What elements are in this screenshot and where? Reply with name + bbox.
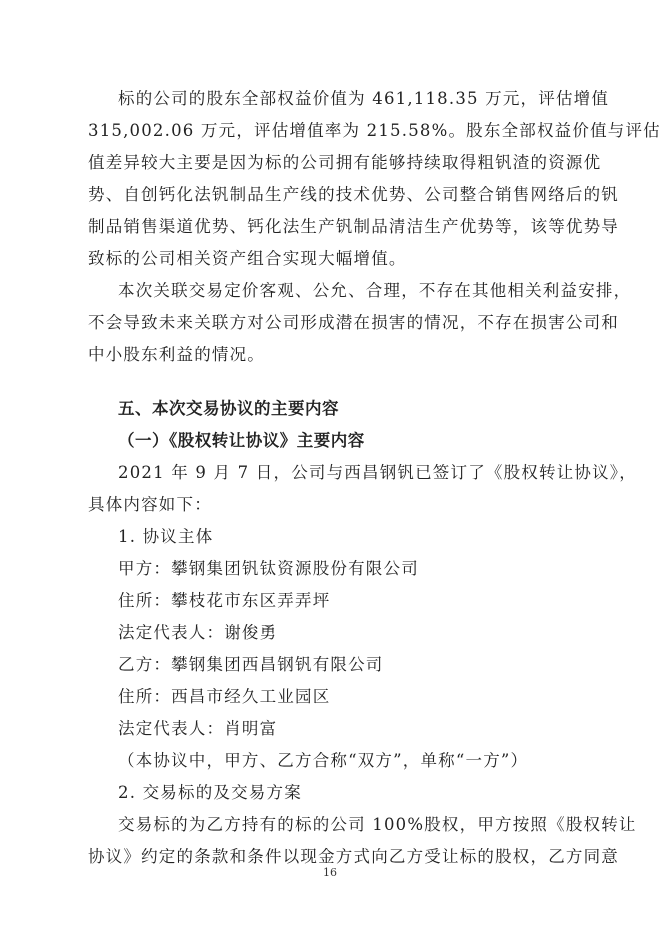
item-title: 2. 交易标的及交易方案 <box>118 782 608 804</box>
paragraph-line: 不会导致未来关联方对公司形成潜在损害的情况，不存在损害公司和 <box>88 312 580 334</box>
party-a: 甲方：攀钢集团钒钛资源股份有限公司 <box>118 558 608 580</box>
party-b-representative: 法定代表人：肖明富 <box>118 718 608 740</box>
parties-note: （本协议中，甲方、乙方合称“双方”，单称“一方”） <box>118 750 608 772</box>
subsection-heading: （一）《股权转让协议》主要内容 <box>118 430 608 452</box>
paragraph-line: 标的公司的股东全部权益价值为 461,118.35 万元，评估增值 <box>118 88 608 110</box>
paragraph-line: 协议》约定的条款和条件以现金方式向乙方受让标的股权，乙方同意 <box>88 846 580 868</box>
party-a-representative: 法定代表人：谢俊勇 <box>118 622 608 644</box>
party-b: 乙方：攀钢集团西昌钢钒有限公司 <box>118 654 608 676</box>
paragraph-line: 制品销售渠道优势、钙化法生产钒制品清洁生产优势等，该等优势导 <box>88 216 580 238</box>
intro-line: 具体内容如下： <box>88 494 578 516</box>
paragraph-line: 交易标的为乙方持有的标的公司 100%股权，甲方按照《股权转让 <box>118 814 608 836</box>
paragraph-line: 势、自创钙化法钒制品生产线的技术优势、公司整合销售网络后的钒 <box>88 184 580 206</box>
party-a-address: 住所：攀枝花市东区弄弄坪 <box>118 590 608 612</box>
section-heading: 五、本次交易协议的主要内容 <box>118 398 608 420</box>
document-page: 标的公司的股东全部权益价值为 461,118.35 万元，评估增值 315,00… <box>0 0 660 934</box>
item-title: 1. 协议主体 <box>118 526 608 548</box>
intro-line: 2021 年 9 月 7 日，公司与西昌钢钒已签订了《股权转让协议》， <box>118 462 608 484</box>
paragraph-line: 值差异较大主要是因为标的公司拥有能够持续取得粗钒渣的资源优 <box>88 152 580 174</box>
paragraph-line: 中小股东利益的情况。 <box>88 344 578 366</box>
paragraph-line: 本次关联交易定价客观、公允、合理，不存在其他相关利益安排， <box>118 280 608 302</box>
party-b-address: 住所：西昌市经久工业园区 <box>118 686 608 708</box>
page-number: 16 <box>0 866 660 879</box>
paragraph-line: 致标的公司相关资产组合实现大幅增值。 <box>88 248 578 270</box>
paragraph-line: 315,002.06 万元，评估增值率为 215.58%。股东全部权益价值与评估… <box>88 120 580 142</box>
